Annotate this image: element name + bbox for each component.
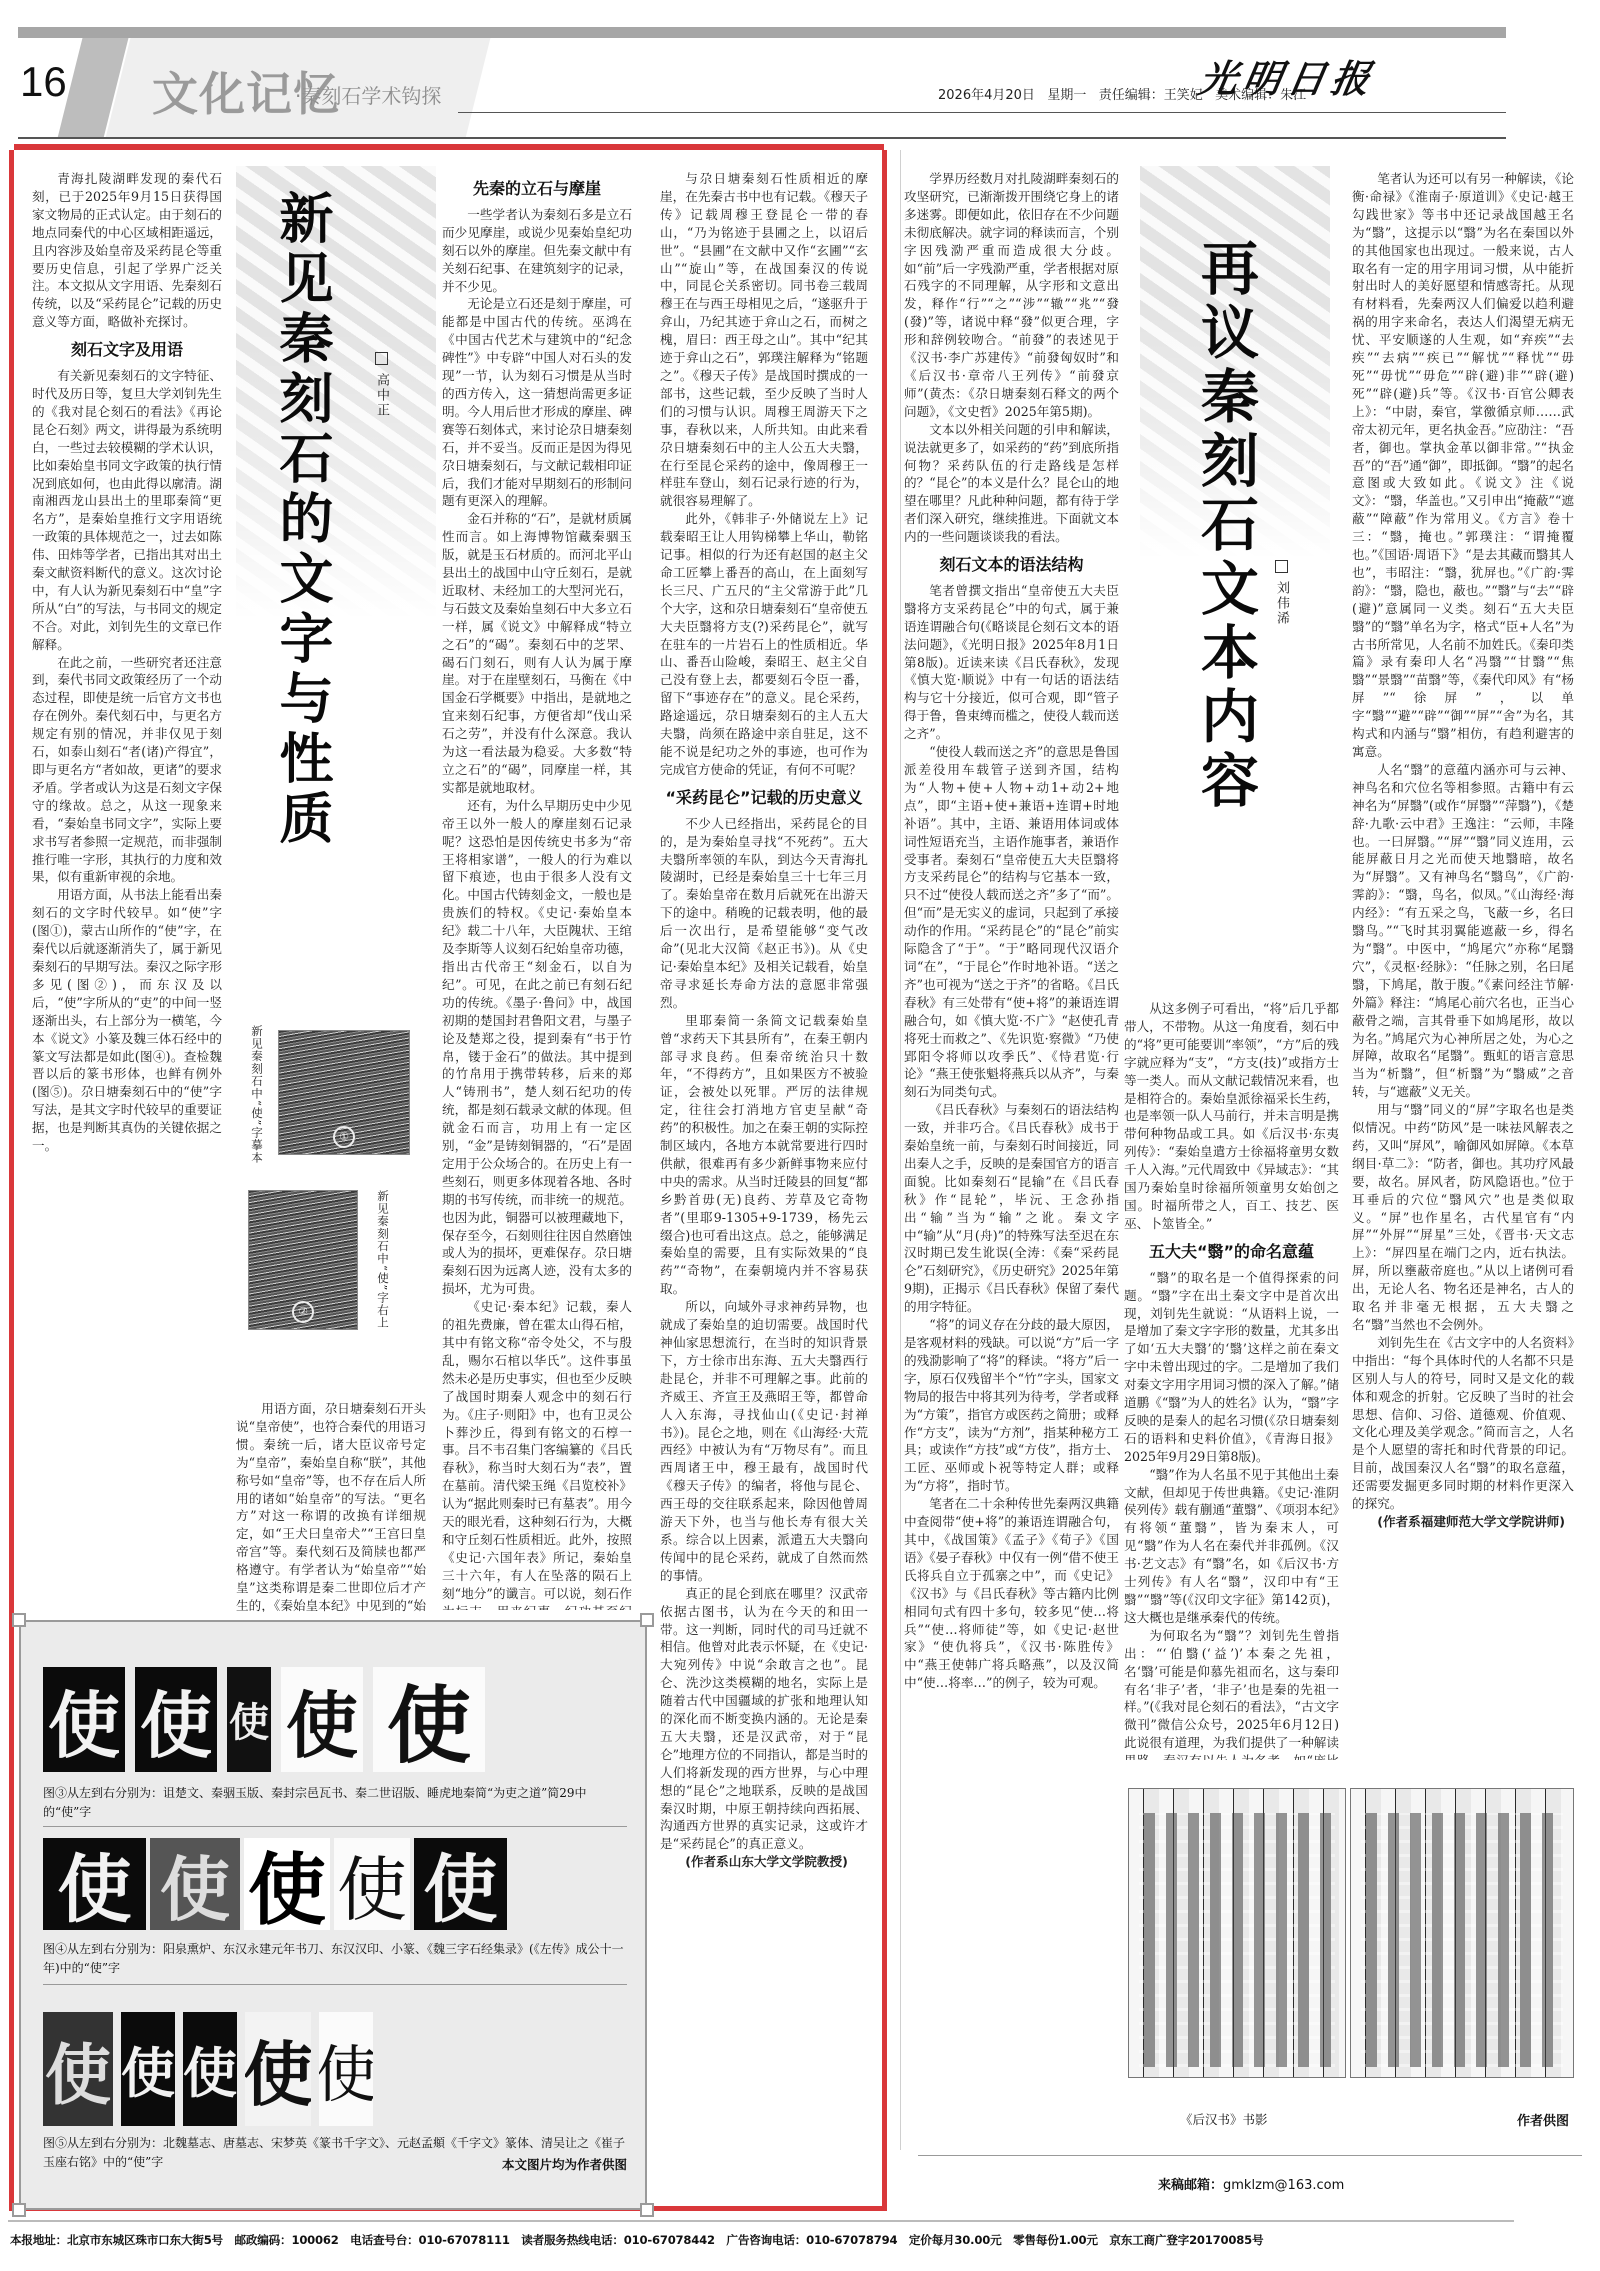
section-subtitle: ·秦刻石学术钩探: [295, 80, 441, 109]
footer-phone-desk: 电话查号台：010-67078111: [350, 2233, 510, 2247]
section-heading: 刻石文本的语法结构: [904, 556, 1119, 574]
left-article-col-1b: 用语方面，尕日塘秦刻石开头说“皇帝使”，也符合秦代的用语习惯。秦统一后，诸大臣议…: [236, 1400, 426, 1612]
byline-box-icon: [1275, 560, 1288, 573]
glyph-image: 使: [245, 2012, 311, 2126]
issue-date: 2026年4月20日: [938, 88, 1035, 103]
glyph-image: 使: [183, 2012, 237, 2126]
footer-retail-price: 零售每份1.00元: [1013, 2233, 1098, 2247]
footer-postcode: 邮政编码：100062: [234, 2233, 338, 2247]
paragraph: 笔者在二十余种传世先秦两汉典籍中查阅带“使+将”的兼语连谓融合句，其中，《战国策…: [904, 1495, 1119, 1692]
glyph-image: 使: [414, 1838, 507, 1930]
panel-corner: [12, 2203, 26, 2217]
figure-4-glyphs: 使 使 使 使 使: [43, 1838, 507, 1930]
paragraph: “翳”作为人名虽不见于其他出土秦文献，但却见于传世典籍。《史记·淮阴侯列传》载有…: [1124, 1466, 1339, 1627]
paragraph: 笔者认为还可以有另一种解读，《论衡·命禄》《淮南子·原道训》《史记·越王勾践世家…: [1352, 170, 1574, 761]
paragraph: 《史记·秦本纪》记载，秦人的祖先费廉，曾在霍太山得石棺，其中有铭文称“帝令处父，…: [442, 1298, 632, 1610]
book-text-columns: [1139, 1813, 1335, 2067]
left-article-col-3: 与尕日塘秦刻石性质相近的摩崖，在先秦古书中也有记载。《穆天子传》记载周穆王登昆仑…: [660, 170, 868, 2200]
column-separator: [900, 150, 901, 2150]
paragraph: 为何取名为“翳”？刘钊先生曾指出：“‘伯翳(‘益’)’本秦之先祖，名‘翳’可能是…: [1124, 1627, 1339, 1760]
paragraph: “翳”的取名是一个值得探索的问题。“翳”字在出土秦文字中是首次出现，刘钊先生就说…: [1124, 1269, 1339, 1466]
hou-han-shu-book-image-right: [1350, 1788, 1574, 2078]
panel-corner: [640, 1613, 654, 1627]
article-intro: 青海扎陵湖畔发现的秦代石刻，已于2025年9月15日获得国家文物局的正式认定。由…: [32, 170, 222, 331]
paragraph: 此外，《韩非子·外储说左上》记载秦昭王让人用钩梯攀上华山，勒铭记事。相似的行为还…: [660, 510, 868, 779]
glyph-image: 使: [281, 1667, 363, 1772]
right-article-col-1: 学界历经数月对扎陵湖畔秦刻石的攻坚研究，已渐渐拨开围绕它身上的诸多迷雾。即便如此…: [904, 170, 1119, 2120]
figure-2-caption: 新见秦刻石中“使”字右上: [376, 1190, 390, 1390]
section-heading: 先秦的立石与摩崖: [442, 180, 632, 198]
glyph-image: 使: [135, 1667, 217, 1772]
paragraph: 《吕氏春秋》与秦刻石的语法结构一致，并非巧合。《吕氏春秋》成书于秦始皇统一前，与…: [904, 1101, 1119, 1316]
paragraph: 文本以外相关问题的引申和解读，说法就更多了，如采药的“药”到底所指何物？采药队伍…: [904, 421, 1119, 546]
newspaper-logo: 光明日报: [1195, 48, 1381, 103]
email-label: 来稿邮箱：: [1158, 2178, 1223, 2193]
left-article-headline: 新见秦刻石的文字与性质: [268, 190, 338, 850]
figure-divider: [43, 1984, 627, 1985]
paragraph: “将”的词义存在分歧的最大原因，是客观材料的残缺。可以说“方”后一字的残泐影响了…: [904, 1316, 1119, 1495]
figure-3-glyphs: 使 使 使 使 使: [43, 1667, 485, 1772]
paragraph: 人名“翳”的意蕴内涵亦可与云神、神鸟名和穴位名等相参照。古籍中有云神名为“屏翳”…: [1352, 761, 1574, 1101]
glyph-comparison-panel: 使 使 使 使 使 图③从左到右分别为：诅楚文、秦骃玉版、秦封宗邑瓦书、秦二世诏…: [19, 1620, 647, 2210]
glyph-image: 使: [43, 2012, 113, 2126]
paragraph: 用与“翳”同义的“屏”字取名也是类似情况。中药“防风”是一味祛风解表之药，又叫“…: [1352, 1101, 1574, 1334]
glyph-image: 使: [334, 1838, 410, 1930]
paragraph: 金石并称的“石”，是就材质属性而言。如上海博物馆藏秦骃玉版，就是玉石材质的。而河…: [442, 510, 632, 797]
footer-license: 京东工商广登字20170085号: [1109, 2233, 1263, 2247]
paragraph: 笔者曾撰文指出“皇帝使五大夫臣翳将方支采药昆仑”中的句式，属于兼语连谓融合句(《…: [904, 582, 1119, 743]
figure-5-glyphs: 使 使 使 使 使: [43, 2012, 373, 2126]
masthead-top-bar: [18, 27, 1506, 38]
footer-address: 本报地址：北京市东城区珠市口东大街5号: [10, 2233, 223, 2247]
hou-han-shu-book-image-left: [1128, 1788, 1346, 2078]
figure-3-caption: 图③从左到右分别为：诅楚文、秦骃玉版、秦封宗邑瓦书、秦二世诏版、睡虎地秦简“为吏…: [43, 1784, 627, 1822]
left-article-col-2: 先秦的立石与摩崖 一些学者认为秦刻石多是立石而少见摩崖，或说少见秦始皇纪功刻石以…: [442, 170, 632, 1610]
author-name: 刘伟浠: [1274, 581, 1289, 626]
glyph-image: 使: [43, 1838, 146, 1930]
footer-ad-phone: 广告咨询电话：010-67078794: [726, 2233, 897, 2247]
email-divider: [918, 2155, 1582, 2156]
paragraph: 所以，向域外寻求神药异物，也就成了秦始皇的迫切需要。战国时代神仙家思想流行，在当…: [660, 1298, 868, 1585]
panel-corner: [640, 2203, 654, 2217]
masthead-bottom-rule: [18, 137, 1506, 139]
right-article-col-3: 笔者认为还可以有另一种解读，《论衡·命禄》《淮南子·原道训》《史记·越王勾践世家…: [1352, 170, 1574, 1760]
email-address[interactable]: gmklzm@163.com: [1223, 2178, 1344, 2193]
book-image-caption: 《后汉书》书影: [1180, 2110, 1268, 2128]
paragraph: 还有，为什么早期历史中少见帝王以外一般人的摩崖刻石记录呢？这恐怕是因传统史书多为…: [442, 797, 632, 1298]
author-name: 高中正: [374, 373, 389, 418]
author-affiliation: (作者系山东大学文学院教授): [660, 1853, 868, 1871]
right-article-byline: 刘伟浠: [1272, 560, 1291, 626]
figure-1-number: ①: [333, 1126, 355, 1148]
glyph-image: 使: [373, 1667, 485, 1772]
glyph-image: 使: [227, 1667, 271, 1772]
figure-credit: 本文图片均为作者供图: [502, 2155, 627, 2173]
glyph-image: 使: [150, 1838, 240, 1930]
figure-1-rubbing-image: ①: [278, 1030, 410, 1155]
page-number: 16: [20, 58, 67, 106]
panel-corner: [12, 1613, 26, 1627]
left-article-col-1: 青海扎陵湖畔发现的秦代石刻，已于2025年9月15日获得国家文物局的正式认定。由…: [32, 170, 222, 1610]
right-article-col-2: 从这多例子可看出，“将”后几乎都带人，不带物。从这一角度看，刻石中的“将”更可能…: [1124, 1000, 1339, 1760]
footer-monthly-price: 定价每月30.00元: [909, 2233, 1002, 2247]
glyph-image: 使: [319, 2012, 373, 2126]
paragraph: 有关新见秦刻石的文字特征、时代及历日等，复旦大学刘钊先生的《我对昆仑刻石的看法》…: [32, 367, 222, 654]
figure-2-number: ②: [292, 1301, 314, 1323]
glyph-image: 使: [244, 1838, 330, 1930]
figure-2-rubbing-image: ②: [248, 1190, 358, 1330]
paragraph: 无论是立石还是刻于摩崖，可能都是中国古代的传统。巫鸿在《中国古代艺术与建筑中的“…: [442, 295, 632, 510]
glyph-image: 使: [43, 1667, 125, 1772]
paragraph: 用语方面，尕日塘秦刻石开头说“皇帝使”，也符合秦代的用语习惯。秦统一后，诸大臣议…: [236, 1400, 426, 1612]
paragraph: 里耶秦简一条简文记载秦始皇曾“求药天下其县所有”，在秦王朝内部寻求良药。但秦帝统…: [660, 1012, 868, 1299]
paragraph: 一些学者认为秦刻石多是立石而少见摩崖，或说少见秦始皇纪功刻石以外的摩崖。但先秦文…: [442, 206, 632, 296]
footer-info: 本报地址：北京市东城区珠市口东大街5号 邮政编码：100062 电话查号台：01…: [10, 2232, 1263, 2248]
paragraph: “使役人载而送之齐”的意思是鲁国派差役用车载管子送到齐国，结构为“人物+使+人物…: [904, 743, 1119, 1101]
figure-4-caption: 图④从左到右分别为：阳泉熏炉、东汉永建元年书刀、东汉汉印、小篆、《魏三字石经集录…: [43, 1940, 627, 1978]
section-heading: “采药昆仑”记载的历史意义: [660, 789, 868, 807]
paragraph: 学界历经数月对扎陵湖畔秦刻石的攻坚研究，已渐渐拨开围绕它身上的诸多迷雾。即便如此…: [904, 170, 1119, 421]
section-heading: 刻石文字及用语: [32, 341, 222, 359]
right-article-headline: 再议秦刻石文本内容: [1188, 238, 1262, 814]
byline-box-icon: [375, 352, 388, 365]
book-text-columns: [1361, 1813, 1563, 2067]
glyph-image: 使: [121, 2012, 175, 2126]
submission-email: 来稿邮箱：gmklzm@163.com: [1158, 2174, 1344, 2193]
paragraph: 真正的昆仑到底在哪里？汉武帝依据古图书，认为在今天的和田一带。这一判断，同时代的…: [660, 1585, 868, 1854]
paragraph: 在此之前，一些研究者还注意到，秦代书同文政策经历了一个动态过程，即使是统一后官方…: [32, 654, 222, 887]
issue-weekday: 星期一: [1047, 88, 1086, 103]
footer-reader-hotline: 读者服务热线电话：010-67078442: [521, 2233, 715, 2247]
paragraph: 与尕日塘秦刻石性质相近的摩崖，在先秦古书中也有记载。《穆天子传》记载周穆王登昆仑…: [660, 170, 868, 510]
figure-divider: [43, 1826, 627, 1827]
footer-rule: [8, 2220, 1514, 2222]
paragraph: 刘钊先生在《古文字中的人名资料》中指出：“每个具体时代的人名都不只是区别人与人的…: [1352, 1334, 1574, 1513]
paragraph: 从这多例子可看出，“将”后几乎都带人，不带物。从这一角度看，刻石中的“将”更可能…: [1124, 1000, 1339, 1233]
book-image-credit: 作者供图: [1517, 2110, 1569, 2129]
editor: 责任编辑：王笑妃: [1099, 88, 1203, 103]
left-article-byline: 高中正: [372, 352, 391, 418]
paragraph: 不少人已经指出，采药昆仑的目的，是为秦始皇寻找“不死药”。五大夫翳所率领的车队，…: [660, 815, 868, 1012]
masthead-rule: [458, 112, 1506, 113]
paragraph: 用语方面，从书法上能看出秦刻石的文字时代较早。如“使”字(图①)，蒙古山所作的“…: [32, 886, 222, 1155]
author-affiliation: (作者系福建师范大学文学院讲师): [1352, 1513, 1574, 1531]
section-heading: 五大夫“翳”的命名意蕴: [1124, 1243, 1339, 1261]
